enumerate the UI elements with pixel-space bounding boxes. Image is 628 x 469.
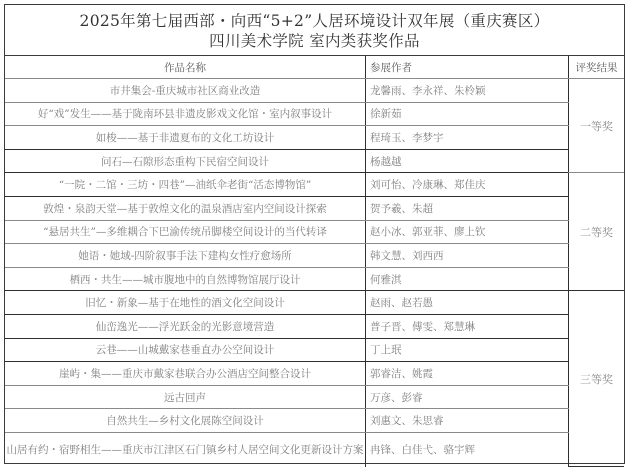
table-row: 问石—石隙形态重构下民宿空间设计 杨越越 (5, 149, 624, 173)
work-name: 问石—石隙形态重构下民宿空间设计 (5, 149, 366, 173)
authors: 丁上珉 (366, 338, 569, 362)
awards-document: 2025年第七届西部・向西“5+2”人居环境设计双年展（重庆赛区） 四川美术学院… (4, 4, 625, 464)
authors: 何雅淇 (366, 267, 569, 291)
authors: 徐新茹 (366, 102, 569, 126)
work-name: 旧忆・新象—基于在地性的酒文化空间设计 (5, 291, 366, 315)
header-work-name: 作品名称 (5, 56, 366, 79)
table-row: 市井集会-重庆城市社区商业改造 龙馨雨、李永祥、朱柃颖 一等奖 (5, 79, 624, 103)
table-row: “一院・二馆・三坊・四巷”—油纸伞老街“活态博物馆” 刘可怡、冷康琳、郑佳庆 二… (5, 173, 624, 197)
work-name: 云巷——山城戴家巷垂直办公空间设计 (5, 338, 366, 362)
work-name: “一院・二馆・三坊・四巷”—油纸伞老街“活态博物馆” (5, 173, 366, 197)
authors: 刘惠文、朱思睿 (366, 409, 569, 433)
authors: 龙馨雨、李永祥、朱柃颖 (366, 79, 569, 103)
authors: 冉锋、白佳弋、骆宇辉 (366, 432, 569, 467)
authors: 程琦玉、李梦宇 (366, 126, 569, 150)
work-name: 好“戏”发生——基于陇南环县非遗皮影戏文化馆・室内叙事设计 (5, 102, 366, 126)
table-header-row: 作品名称 参展作者 评奖结果 (5, 56, 624, 79)
work-name: 山居有约・宿野相生——重庆市江津区石门镇乡村人居空间文化更新设计方案 (5, 432, 366, 467)
work-name: 如梭——基于非遗夏布的文化工坊设计 (5, 126, 366, 150)
work-name: 栖西・共生——城市腹地中的自然博物馆展厅设计 (5, 267, 366, 291)
title-line-1: 2025年第七届西部・向西“5+2”人居环境设计双年展（重庆赛区） (5, 5, 624, 31)
header-award: 评奖结果 (569, 56, 625, 79)
work-name: 敦煌・泉韵天堂—基于敦煌文化的温泉酒店室内空间设计探索 (5, 196, 366, 220)
award-first-prize: 一等奖 (569, 79, 625, 173)
award-third-prize: 三等奖 (569, 291, 625, 467)
authors: 普子晋、傅雯、郑慧琳 (366, 314, 569, 338)
authors: 韩文慧、刘西西 (366, 244, 569, 268)
table-row: 自然共生—乡村文化展陈空间设计 刘惠文、朱思睿 (5, 409, 624, 433)
table-row: 云巷——山城戴家巷垂直办公空间设计 丁上珉 (5, 338, 624, 362)
authors: 杨越越 (366, 149, 569, 173)
table-row: 旧忆・新象—基于在地性的酒文化空间设计 赵雨、赵若愚 三等奖 (5, 291, 624, 315)
award-second-prize: 二等奖 (569, 173, 625, 291)
work-name: 自然共生—乡村文化展陈空间设计 (5, 409, 366, 433)
authors: 刘可怡、冷康琳、郑佳庆 (366, 173, 569, 197)
table-row: 仙峦逸光——浮光跃金的光影意境营造 普子晋、傅雯、郑慧琳 (5, 314, 624, 338)
authors: 贺予羲、朱超 (366, 196, 569, 220)
table-row: 栖西・共生——城市腹地中的自然博物馆展厅设计 何雅淇 (5, 267, 624, 291)
authors: 万彦、彭睿 (366, 385, 569, 409)
work-name: 市井集会-重庆城市社区商业改造 (5, 79, 366, 103)
authors: 郭睿洁、姚霞 (366, 362, 569, 386)
title-line-2: 四川美术学院 室内类获奖作品 (5, 31, 624, 51)
work-name: “悬居共生”—多维耦合下巴渝传统吊脚楼空间设计的当代转译 (5, 220, 366, 244)
table-row: 山居有约・宿野相生——重庆市江津区石门镇乡村人居空间文化更新设计方案 冉锋、白佳… (5, 432, 624, 467)
work-name: 仙峦逸光——浮光跃金的光影意境营造 (5, 314, 366, 338)
authors: 赵小冰、郭亚菲、廖上钦 (366, 220, 569, 244)
work-name: 远古回声 (5, 385, 366, 409)
document-title: 2025年第七届西部・向西“5+2”人居环境设计双年展（重庆赛区） 四川美术学院… (5, 5, 624, 56)
header-authors: 参展作者 (366, 56, 569, 79)
table-row: 崖屿・集——重庆市戴家巷联合办公酒店空间整合设计 郭睿洁、姚霞 (5, 362, 624, 386)
work-name: 崖屿・集——重庆市戴家巷联合办公酒店空间整合设计 (5, 362, 366, 386)
table-row: 她语・她域-四阶叙事手法下建构女性疗愈场所 韩文慧、刘西西 (5, 244, 624, 268)
table-row: 如梭——基于非遗夏布的文化工坊设计 程琦玉、李梦宇 (5, 126, 624, 150)
table-row: 远古回声 万彦、彭睿 (5, 385, 624, 409)
authors: 赵雨、赵若愚 (366, 291, 569, 315)
awards-table: 作品名称 参展作者 评奖结果 市井集会-重庆城市社区商业改造 龙馨雨、李永祥、朱… (5, 56, 624, 467)
table-row: 敦煌・泉韵天堂—基于敦煌文化的温泉酒店室内空间设计探索 贺予羲、朱超 (5, 196, 624, 220)
work-name: 她语・她域-四阶叙事手法下建构女性疗愈场所 (5, 244, 366, 268)
table-row: “悬居共生”—多维耦合下巴渝传统吊脚楼空间设计的当代转译 赵小冰、郭亚菲、廖上钦 (5, 220, 624, 244)
table-row: 好“戏”发生——基于陇南环县非遗皮影戏文化馆・室内叙事设计 徐新茹 (5, 102, 624, 126)
